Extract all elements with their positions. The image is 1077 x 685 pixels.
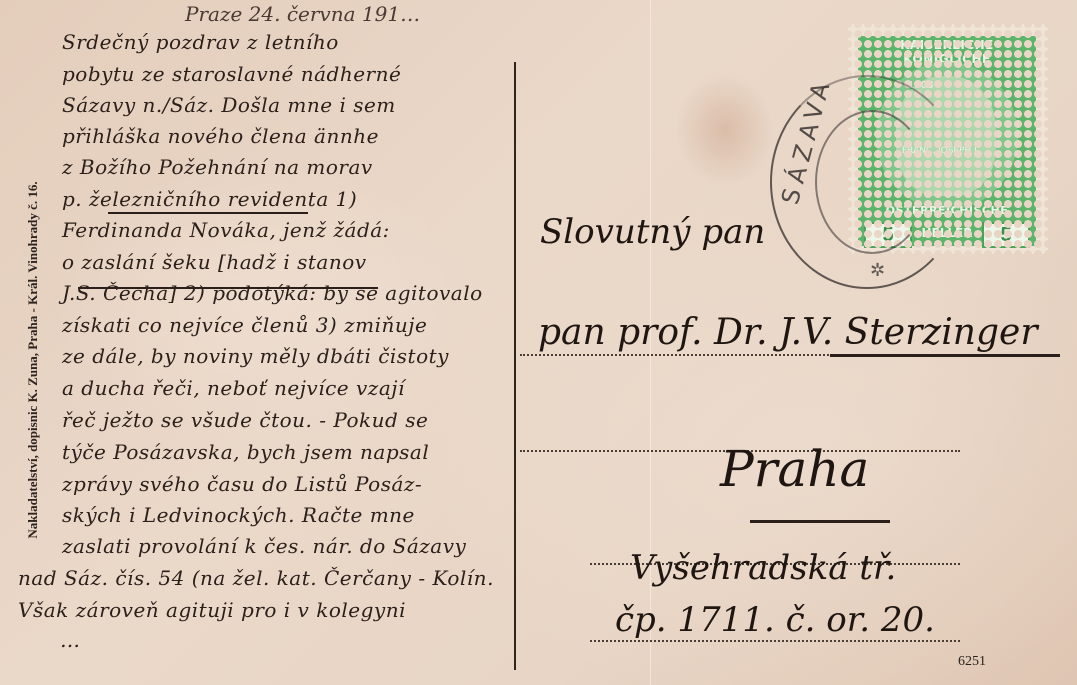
message-line: … [60, 628, 81, 652]
message-date: Praze 24. června 191… [185, 2, 420, 26]
message-line: Ferdinanda Nováka, jenž žádá: [62, 218, 390, 242]
message-line: Však zároveň agituji pro i v kolegyni [18, 598, 406, 622]
message-address-divider [514, 62, 516, 670]
address-recipient: pan prof. Dr. J.V. Sterzinger [538, 312, 1038, 353]
address-salutation: Slovutný pan [540, 212, 765, 252]
message-line: zaslati provolání k čes. nár. do Sázavy [62, 534, 466, 558]
underline [108, 212, 308, 214]
message-line: ských i Ledvinockých. Račte mne [62, 503, 415, 527]
message-line: týče Posázavska, bych jsem napsal [62, 440, 429, 464]
message-line: o zaslání šeku [hadž i stanov [62, 250, 367, 274]
message-line: ze dále, by noviny měly dbáti čistoty [62, 344, 449, 368]
recipient-underline [830, 354, 1060, 357]
postcard: Nakladatelství, dopisnic K. Zuna, Praha … [0, 0, 1077, 685]
underline [78, 287, 378, 289]
message-line: Srdečný pozdrav z letního [62, 30, 339, 54]
message-line: získati co nejvíce členů 3) zmiňuje [62, 313, 427, 337]
message-line: p. železničního revidenta 1) [62, 187, 357, 211]
city-underline [750, 520, 890, 523]
message-line: nad Sáz. čís. 54 (na žel. kat. Čerčany -… [18, 566, 494, 590]
message-line: řeč ježto se všude čtou. - Pokud se [62, 408, 428, 432]
address-line-rule [590, 640, 960, 642]
message-line: J.S. Čecha] 2) podotýká: by se agitovalo [62, 281, 483, 305]
message-line: pobytu ze staroslavné nádherné [62, 62, 401, 86]
message-line: přihláška nového člena ännhe [62, 124, 379, 148]
address-house-number: čp. 1711. č. or. 20. [615, 600, 935, 640]
message-line: Sázavy n./Sáz. Došla mne i sem [62, 93, 396, 117]
postmark-inner-ring [815, 110, 929, 254]
postmark-star-icon: ✲ [870, 260, 885, 281]
message-line: z Božího Požehnání na morav [62, 155, 373, 179]
address-street: Vyšehradská tř. [630, 548, 896, 588]
stamp-value-right: 5 [982, 222, 1030, 248]
message-line: zprávy svého času do Listů Posáz- [62, 472, 422, 496]
address-city: Praha [720, 440, 869, 498]
message-line: a ducha řeči, neboť nejvíce vzají [62, 376, 405, 400]
card-number: 6251 [958, 654, 986, 670]
